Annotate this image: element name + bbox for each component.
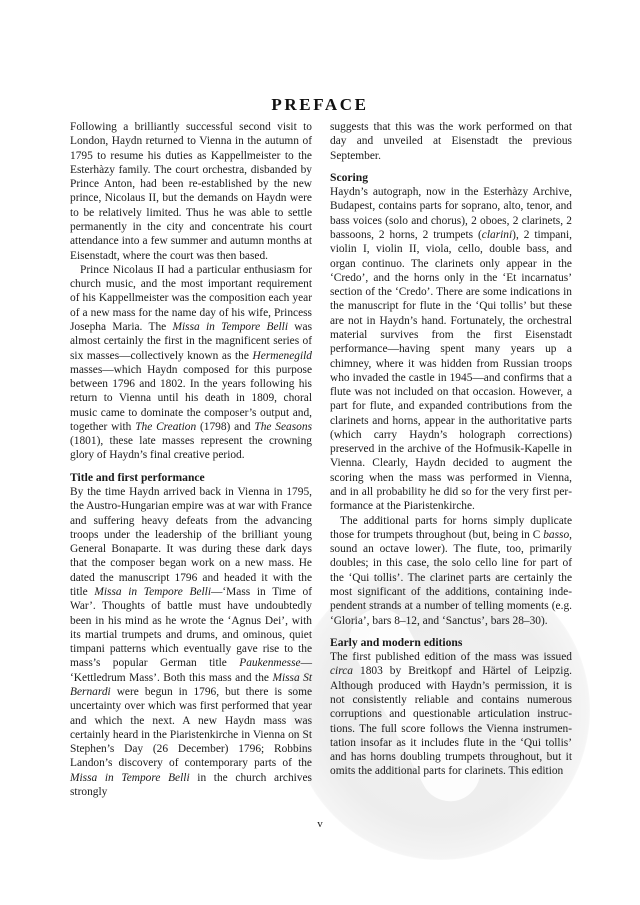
section-heading: Scoring (330, 171, 572, 185)
italic-title: The Seasons (254, 421, 312, 433)
text-run: ), 2 timpani, violin I, violin II, viola… (330, 229, 572, 512)
left-column: Following a brilliantly successful secon… (70, 120, 312, 799)
page-number: v (0, 818, 640, 830)
text-run: The additional parts for horns simply du… (330, 515, 572, 541)
text-run: The first published edition of the mass … (330, 651, 572, 663)
italic-title: The Creation (135, 421, 196, 433)
text-run: By the time Haydn arrived back in Vienna… (70, 486, 312, 598)
italic-title: Missa in Tempore Belli (70, 772, 190, 784)
italic-term: clarini (482, 229, 512, 241)
paragraph: The first published edition of the mass … (330, 650, 572, 779)
text-run: 1803 by Breitkopf and Härtel of Leipzig.… (330, 665, 572, 777)
paragraph: By the time Haydn arrived back in Vienna… (70, 485, 312, 799)
section-heading: Early and modern editions (330, 636, 572, 650)
italic-term: basso (543, 529, 569, 541)
italic-title: Paukenmesse (239, 657, 300, 669)
page-title: PREFACE (0, 95, 640, 115)
document-page: PREFACE Following a brilliantly successf… (0, 0, 640, 905)
text-run: (1801), these late masses represent the … (70, 435, 312, 461)
paragraph: Following a brilliantly successful secon… (70, 120, 312, 263)
section-heading: Title and first performance (70, 471, 312, 485)
paragraph: The additional parts for horns simply du… (330, 514, 572, 628)
text-run: , sound an octave lower). The flute, too… (330, 529, 572, 627)
paragraph: Prince Nicolaus II had a particular enth… (70, 263, 312, 463)
italic-title: Missa in Tempore Belli (173, 321, 289, 333)
text-run: (1798) and (196, 421, 254, 433)
italic-title: Hermenegild (253, 350, 312, 362)
paragraph: suggests that this was the work performe… (330, 120, 572, 163)
right-column: suggests that this was the work performe… (330, 120, 572, 779)
paragraph: Haydn’s autograph, now in the Esterhàzy … (330, 185, 572, 513)
italic-title: Missa in Tempore Belli (94, 586, 211, 598)
italic-term: circa (330, 665, 353, 677)
text-run: were begun in 1796, but there is some un… (70, 686, 312, 769)
